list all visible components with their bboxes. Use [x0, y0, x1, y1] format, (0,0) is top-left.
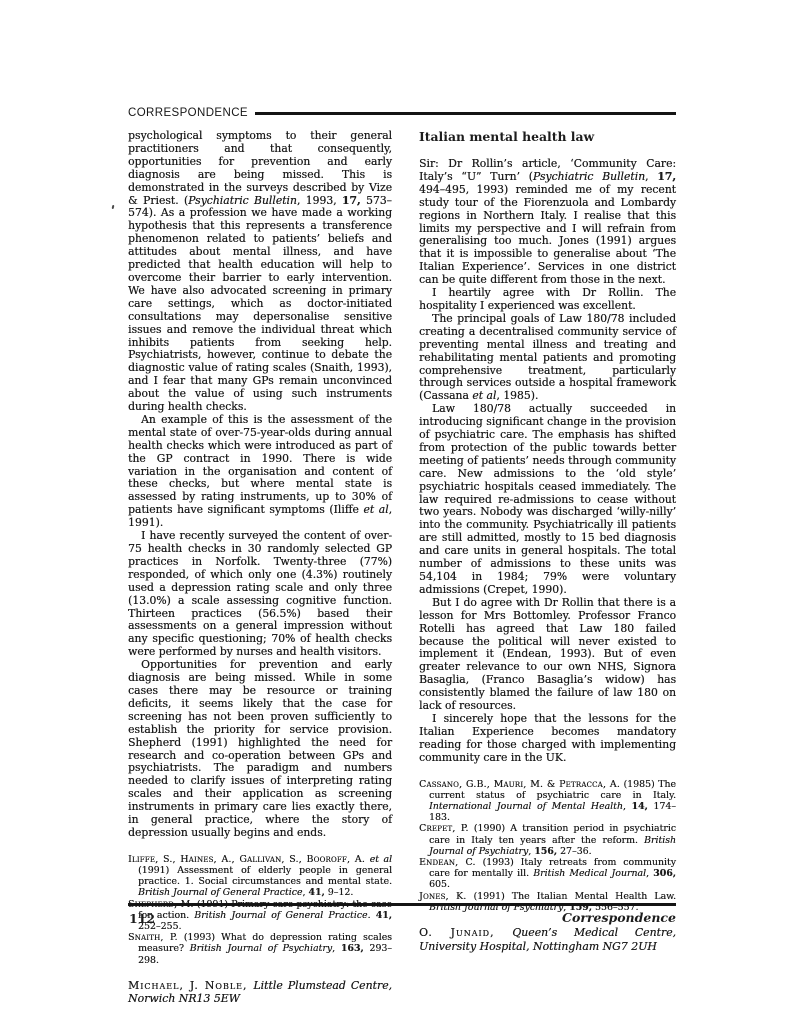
- text-run: ,: [332, 943, 341, 954]
- reference-list-right: Cassano, G.B., Mauri, M. & Petracca, A. …: [419, 779, 676, 913]
- text-run: I have recently surveyed the content of …: [128, 529, 392, 658]
- paragraph: psychological symptoms to their general …: [128, 130, 392, 414]
- text-run: I heartily agree with Dr Rollin. The hos…: [419, 286, 676, 312]
- text-run: The principal goals of Law 180/78 includ…: [419, 312, 676, 402]
- text-run: 306,: [653, 868, 676, 879]
- header-rule: [255, 112, 676, 115]
- reference-item: Endean, C. (1993) Italy retreats from co…: [419, 857, 676, 891]
- text-run: 17,: [342, 194, 361, 207]
- paragraph: I have recently surveyed the content of …: [128, 530, 392, 659]
- text-run: 9–12.: [325, 887, 354, 898]
- text-run: et al: [370, 854, 392, 865]
- paragraph: Sir: Dr Rollin’s article, ‘Community Car…: [419, 158, 676, 287]
- author-signature-right: O. Junaid, Queen’s Medical Centre, Unive…: [419, 926, 676, 953]
- text-run: Snaith, P.: [128, 932, 178, 943]
- reference-item: Crepet, P. (1990) A transition period in…: [419, 823, 676, 857]
- text-run: I sincerely hope that the lessons for th…: [419, 712, 676, 764]
- text-run: 156,: [534, 846, 557, 857]
- paragraph: An example of this is the assessment of …: [128, 414, 392, 530]
- reference-item: Snaith, P. (1993) What do depression rat…: [128, 932, 392, 966]
- paragraph: Opportunities for prevention and early d…: [128, 659, 392, 840]
- text-run: 605.: [429, 879, 450, 890]
- text-run: 17,: [657, 170, 676, 183]
- text-run: .: [368, 910, 376, 921]
- text-run: An example of this is the assessment of …: [128, 413, 392, 516]
- text-run: 41,: [376, 910, 392, 921]
- text-run: British Journal of General Practice: [138, 887, 302, 898]
- letter-title: Italian mental health law: [419, 130, 676, 144]
- ink-speck: [112, 205, 115, 209]
- text-run: (1991) The Italian Mental Health Law.: [466, 891, 676, 902]
- text-run: , 1993,: [297, 194, 342, 207]
- paragraph: I sincerely hope that the lessons for th…: [419, 713, 676, 765]
- text-run: Endean, C.: [419, 857, 476, 868]
- letter-body-right: Sir: Dr Rollin’s article, ‘Community Car…: [419, 158, 676, 765]
- text-run: Iliffe, S., Haines, A., Gallivan, S., Bo…: [128, 854, 370, 865]
- text-run: British Journal of Psychiatry: [190, 943, 332, 954]
- text-run: Jones, K.: [419, 891, 466, 902]
- text-run: ,: [623, 801, 632, 812]
- right-column: Italian mental health law Sir: Dr Rollin…: [419, 130, 676, 953]
- text-run: 494–495, 1993) reminded me of my recent …: [419, 183, 676, 286]
- section-title: CORRESPONDENCE: [128, 107, 248, 119]
- left-column: psychological symptoms to their general …: [128, 130, 392, 1006]
- text-run: 27–36.: [557, 846, 592, 857]
- paragraph: I heartily agree with Dr Rollin. The hos…: [419, 287, 676, 313]
- text-run: Law 180/78 actually succeeded in introdu…: [419, 402, 676, 596]
- text-run: (1991) Assessment of elderly people in g…: [138, 865, 392, 887]
- running-head: CORRESPONDENCE: [128, 105, 676, 120]
- page-number: 112: [129, 911, 155, 926]
- text-run: Cassano, G.B., Mauri, M. & Petracca, A.: [419, 779, 620, 790]
- footer-section-label: Correspondence: [562, 910, 676, 925]
- text-run: Crepet, P.: [419, 823, 469, 834]
- text-run: 41,: [308, 887, 324, 898]
- text-run: International Journal of Mental Health: [429, 801, 623, 812]
- text-run: Opportunities for prevention and early d…: [128, 658, 392, 839]
- reference-item: Iliffe, S., Haines, A., Gallivan, S., Bo…: [128, 854, 392, 899]
- text-run: But I do agree with Dr Rollin that there…: [419, 596, 676, 712]
- reference-list-left: Iliffe, S., Haines, A., Gallivan, S., Bo…: [128, 854, 392, 966]
- text-run: British Medical Journal: [533, 868, 646, 879]
- journal-page: CORRESPONDENCE psychological symptoms to…: [0, 0, 800, 1036]
- author-signature-left: Michael, J. Noble, Little Plumstead Cent…: [128, 979, 392, 1006]
- text-run: et al: [472, 389, 496, 402]
- text-run: Psychiatric Bulletin: [533, 170, 645, 183]
- footer-rule: [128, 903, 676, 906]
- paragraph: But I do agree with Dr Rollin that there…: [419, 597, 676, 713]
- text-run: Psychiatric Bulletin: [188, 194, 297, 207]
- text-run: , 1985).: [496, 389, 538, 402]
- text-run: ,: [645, 170, 657, 183]
- text-run: et al: [363, 503, 388, 516]
- text-run: 163,: [341, 943, 364, 954]
- text-run: British Journal of General Practice: [194, 910, 367, 921]
- text-run: 573–574). As a profession we have made a…: [128, 194, 392, 414]
- letter-body-left: psychological symptoms to their general …: [128, 130, 392, 840]
- paragraph: Law 180/78 actually succeeded in introdu…: [419, 403, 676, 597]
- paragraph: The principal goals of Law 180/78 includ…: [419, 313, 676, 403]
- text-run: 14,: [632, 801, 648, 812]
- reference-item: Cassano, G.B., Mauri, M. & Petracca, A. …: [419, 779, 676, 824]
- text-run: Michael, J. Noble,: [128, 979, 253, 992]
- text-run: O. Junaid,: [419, 926, 512, 939]
